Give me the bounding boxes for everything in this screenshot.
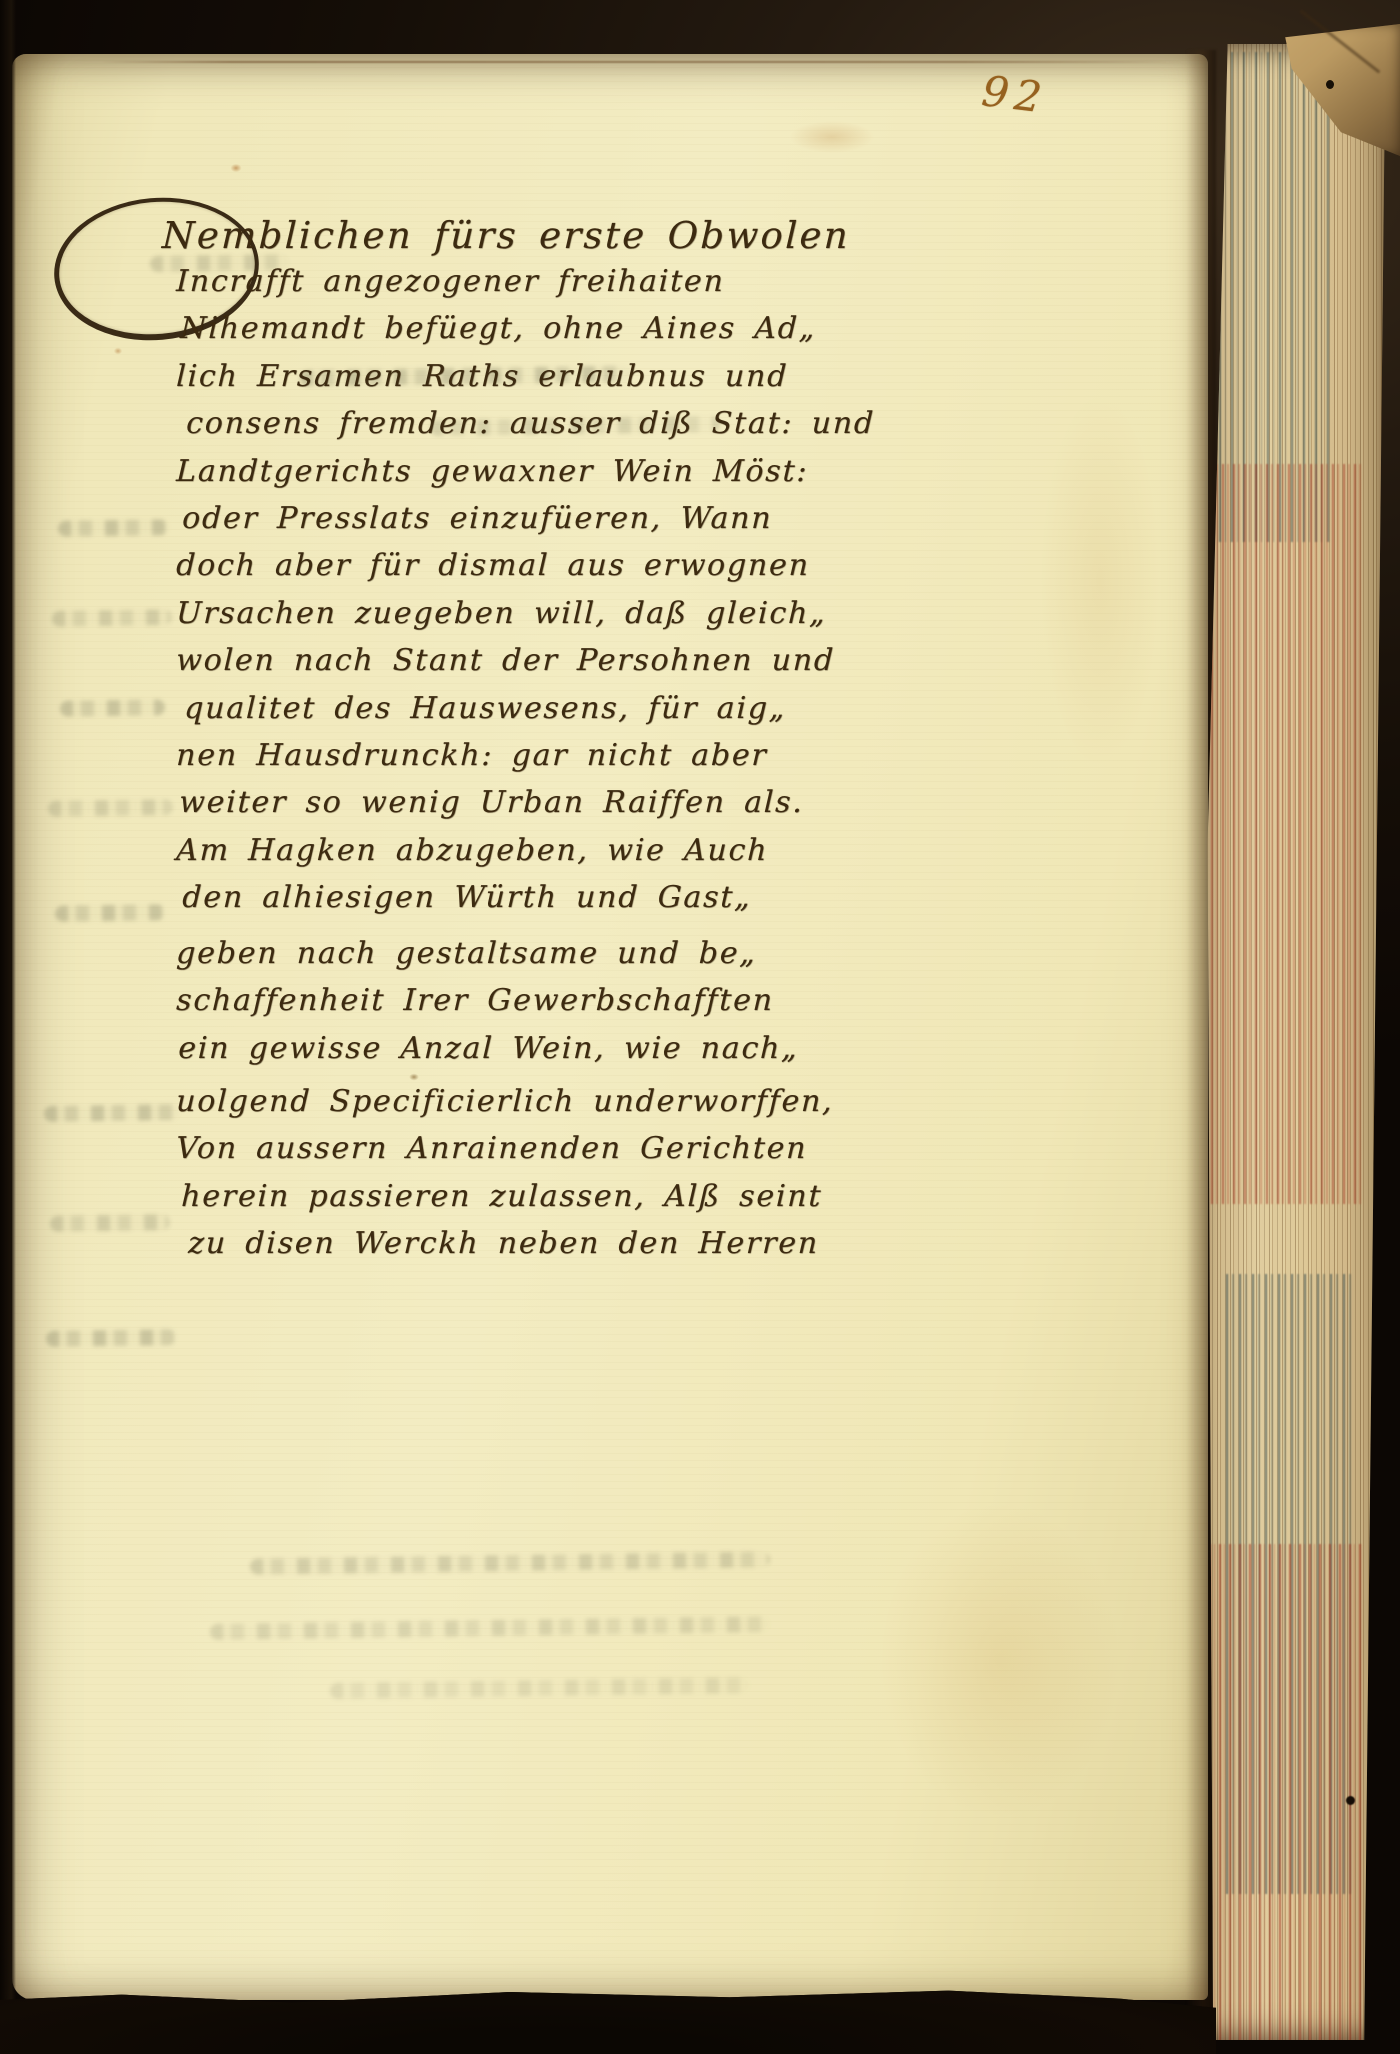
text-line: herein passieren zulassen, Alß seint xyxy=(180,1179,887,1226)
fore-edge-teal-streaks xyxy=(1219,52,1332,542)
text-line: Nihemandt befüegt, ohne Aines Ad„ xyxy=(179,311,887,358)
text-line: oder Presslats einzufüeren, Wann xyxy=(181,501,887,548)
text-line: Incrafft angezogener freihaiten xyxy=(175,264,887,311)
wormhole-dot xyxy=(1346,1796,1355,1805)
text-line: geben nach gestaltsame und be„ xyxy=(175,936,887,983)
text-line: nen Hausdrunckh: gar nicht aber xyxy=(175,738,887,785)
foxing-stain xyxy=(112,346,124,356)
text-line: consens fremden: ausser diß Stat: und xyxy=(185,406,887,453)
text-line: Am Hagken abzugeben, wie Auch xyxy=(175,833,887,880)
foxing-stain xyxy=(228,162,244,174)
fore-edge-red-streaks xyxy=(1209,1544,1364,2044)
text-line: weiter so wenig Urban Raiffen als. xyxy=(178,785,887,832)
binding-gutter-shadow xyxy=(0,0,16,2054)
foxing-stain xyxy=(772,114,892,160)
text-line: ein gewisse Anzal Wein, wie nach„ xyxy=(177,1031,887,1084)
text-line: zu disen Werckh neben den Herren xyxy=(187,1226,887,1273)
text-line: lich Ersamen Raths erlaubnus und xyxy=(175,359,887,406)
text-line: schaffenheit Irer Gewerbschafften xyxy=(175,983,887,1030)
wormhole-dot xyxy=(1326,80,1334,89)
fore-edge-red-streaks xyxy=(1211,464,1360,1204)
fore-edge-teal-streaks xyxy=(1226,1274,1353,1894)
text-line: doch aber für dismal aus erwognen xyxy=(175,548,887,595)
text-line: Landtgerichts gewaxner Wein Möst: xyxy=(175,454,887,501)
folio-number: 92 xyxy=(979,66,1050,123)
text-line: qualitet des Hauswesens, für aig„ xyxy=(183,691,887,738)
text-line: Nemblichen fürs erste Obwolen xyxy=(161,214,887,264)
text-line: uolgend Specificierlich underworffen, xyxy=(175,1084,887,1131)
text-line: wolen nach Stant der Persohnen und xyxy=(175,643,887,690)
handwritten-text-block: Nemblichen fürs erste ObwolenIncrafft an… xyxy=(176,214,886,1273)
table-shadow xyxy=(0,1988,1216,2054)
text-line: Ursachen zuegeben will, daß gleich„ xyxy=(175,596,887,643)
text-line: den alhiesigen Würth und Gast„ xyxy=(181,880,887,936)
text-line: Von aussern Anrainenden Gerichten xyxy=(175,1131,887,1178)
book-fore-edge xyxy=(1204,44,1386,2040)
photograph-background: 92 Nemblichen fürs erste ObwolenIncrafft… xyxy=(0,0,1400,2054)
